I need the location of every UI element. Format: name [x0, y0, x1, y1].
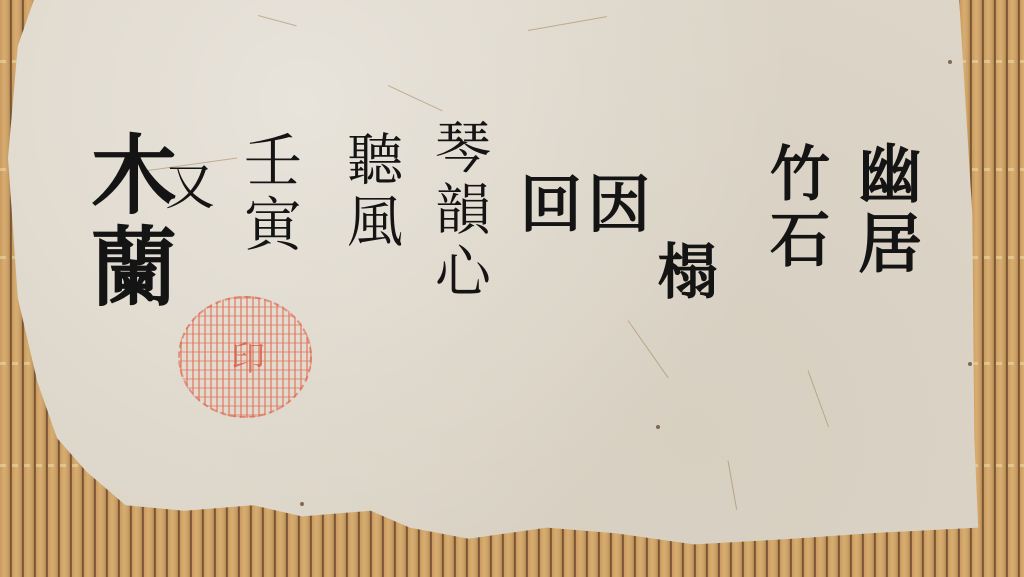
paper-fiber — [728, 460, 738, 509]
calligraphy-column-7: 壬寅 — [226, 130, 310, 258]
calligraphy-column-3: 回因 — [520, 155, 656, 244]
paper-speck — [656, 425, 660, 429]
calligraphy-column-9: 木蘭 — [64, 130, 188, 314]
calligraphy-column-1: 幽居 — [838, 140, 930, 280]
calligraphy-column-6: 聽風 — [330, 130, 410, 254]
calligraphy-column-5: 琴韻心 — [418, 118, 498, 304]
seal-inscription: 印 — [180, 298, 310, 416]
paper-fiber — [528, 16, 607, 31]
paper-speck — [300, 502, 304, 506]
paper-fiber — [628, 320, 669, 378]
calligraphy-column-2: 竹石 — [752, 142, 838, 274]
calligraphy-column-4: 榻 — [640, 240, 726, 306]
paper-fiber — [388, 85, 443, 111]
paper-speck — [948, 60, 952, 64]
paper-fiber — [258, 15, 297, 26]
paper-fiber — [808, 370, 829, 427]
paper-speck — [968, 362, 972, 366]
red-seal-stamp: 印 — [178, 296, 312, 418]
